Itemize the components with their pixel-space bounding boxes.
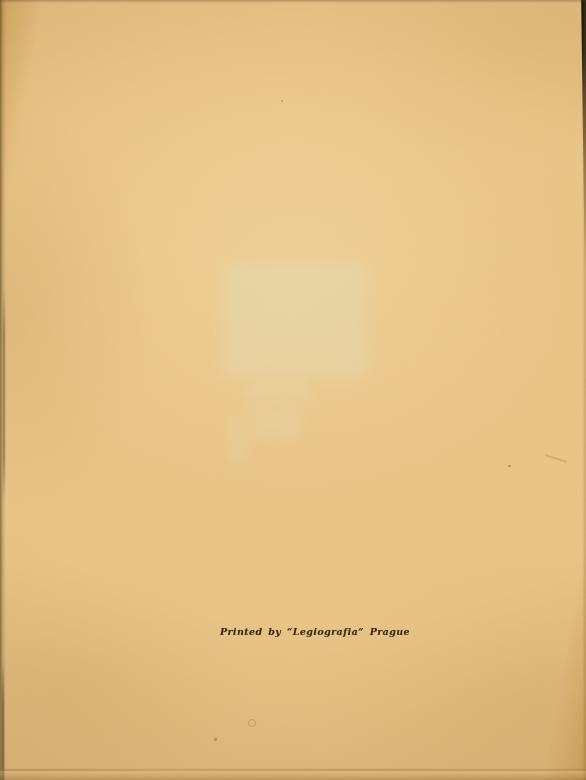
imprint-text: Printed by “Legiografia” Prague [220,627,410,638]
paper-speck [214,738,217,741]
showthrough-ghost-image [224,262,366,376]
paper-crease [2,660,4,780]
showthrough-ghost-mark [248,380,310,402]
paper-speck [248,719,256,727]
paper-crease [3,290,5,500]
page-edge-right-shade [582,0,586,780]
page-edge-bottom [0,771,586,780]
showthrough-ghost-mark [250,408,300,438]
paper-speck [281,100,283,102]
scanned-book-page: Printed by “Legiografia” Prague [0,0,586,780]
page-edge-top [0,0,586,3]
showthrough-ghost-mark [228,418,246,464]
paper-speck [508,465,511,467]
